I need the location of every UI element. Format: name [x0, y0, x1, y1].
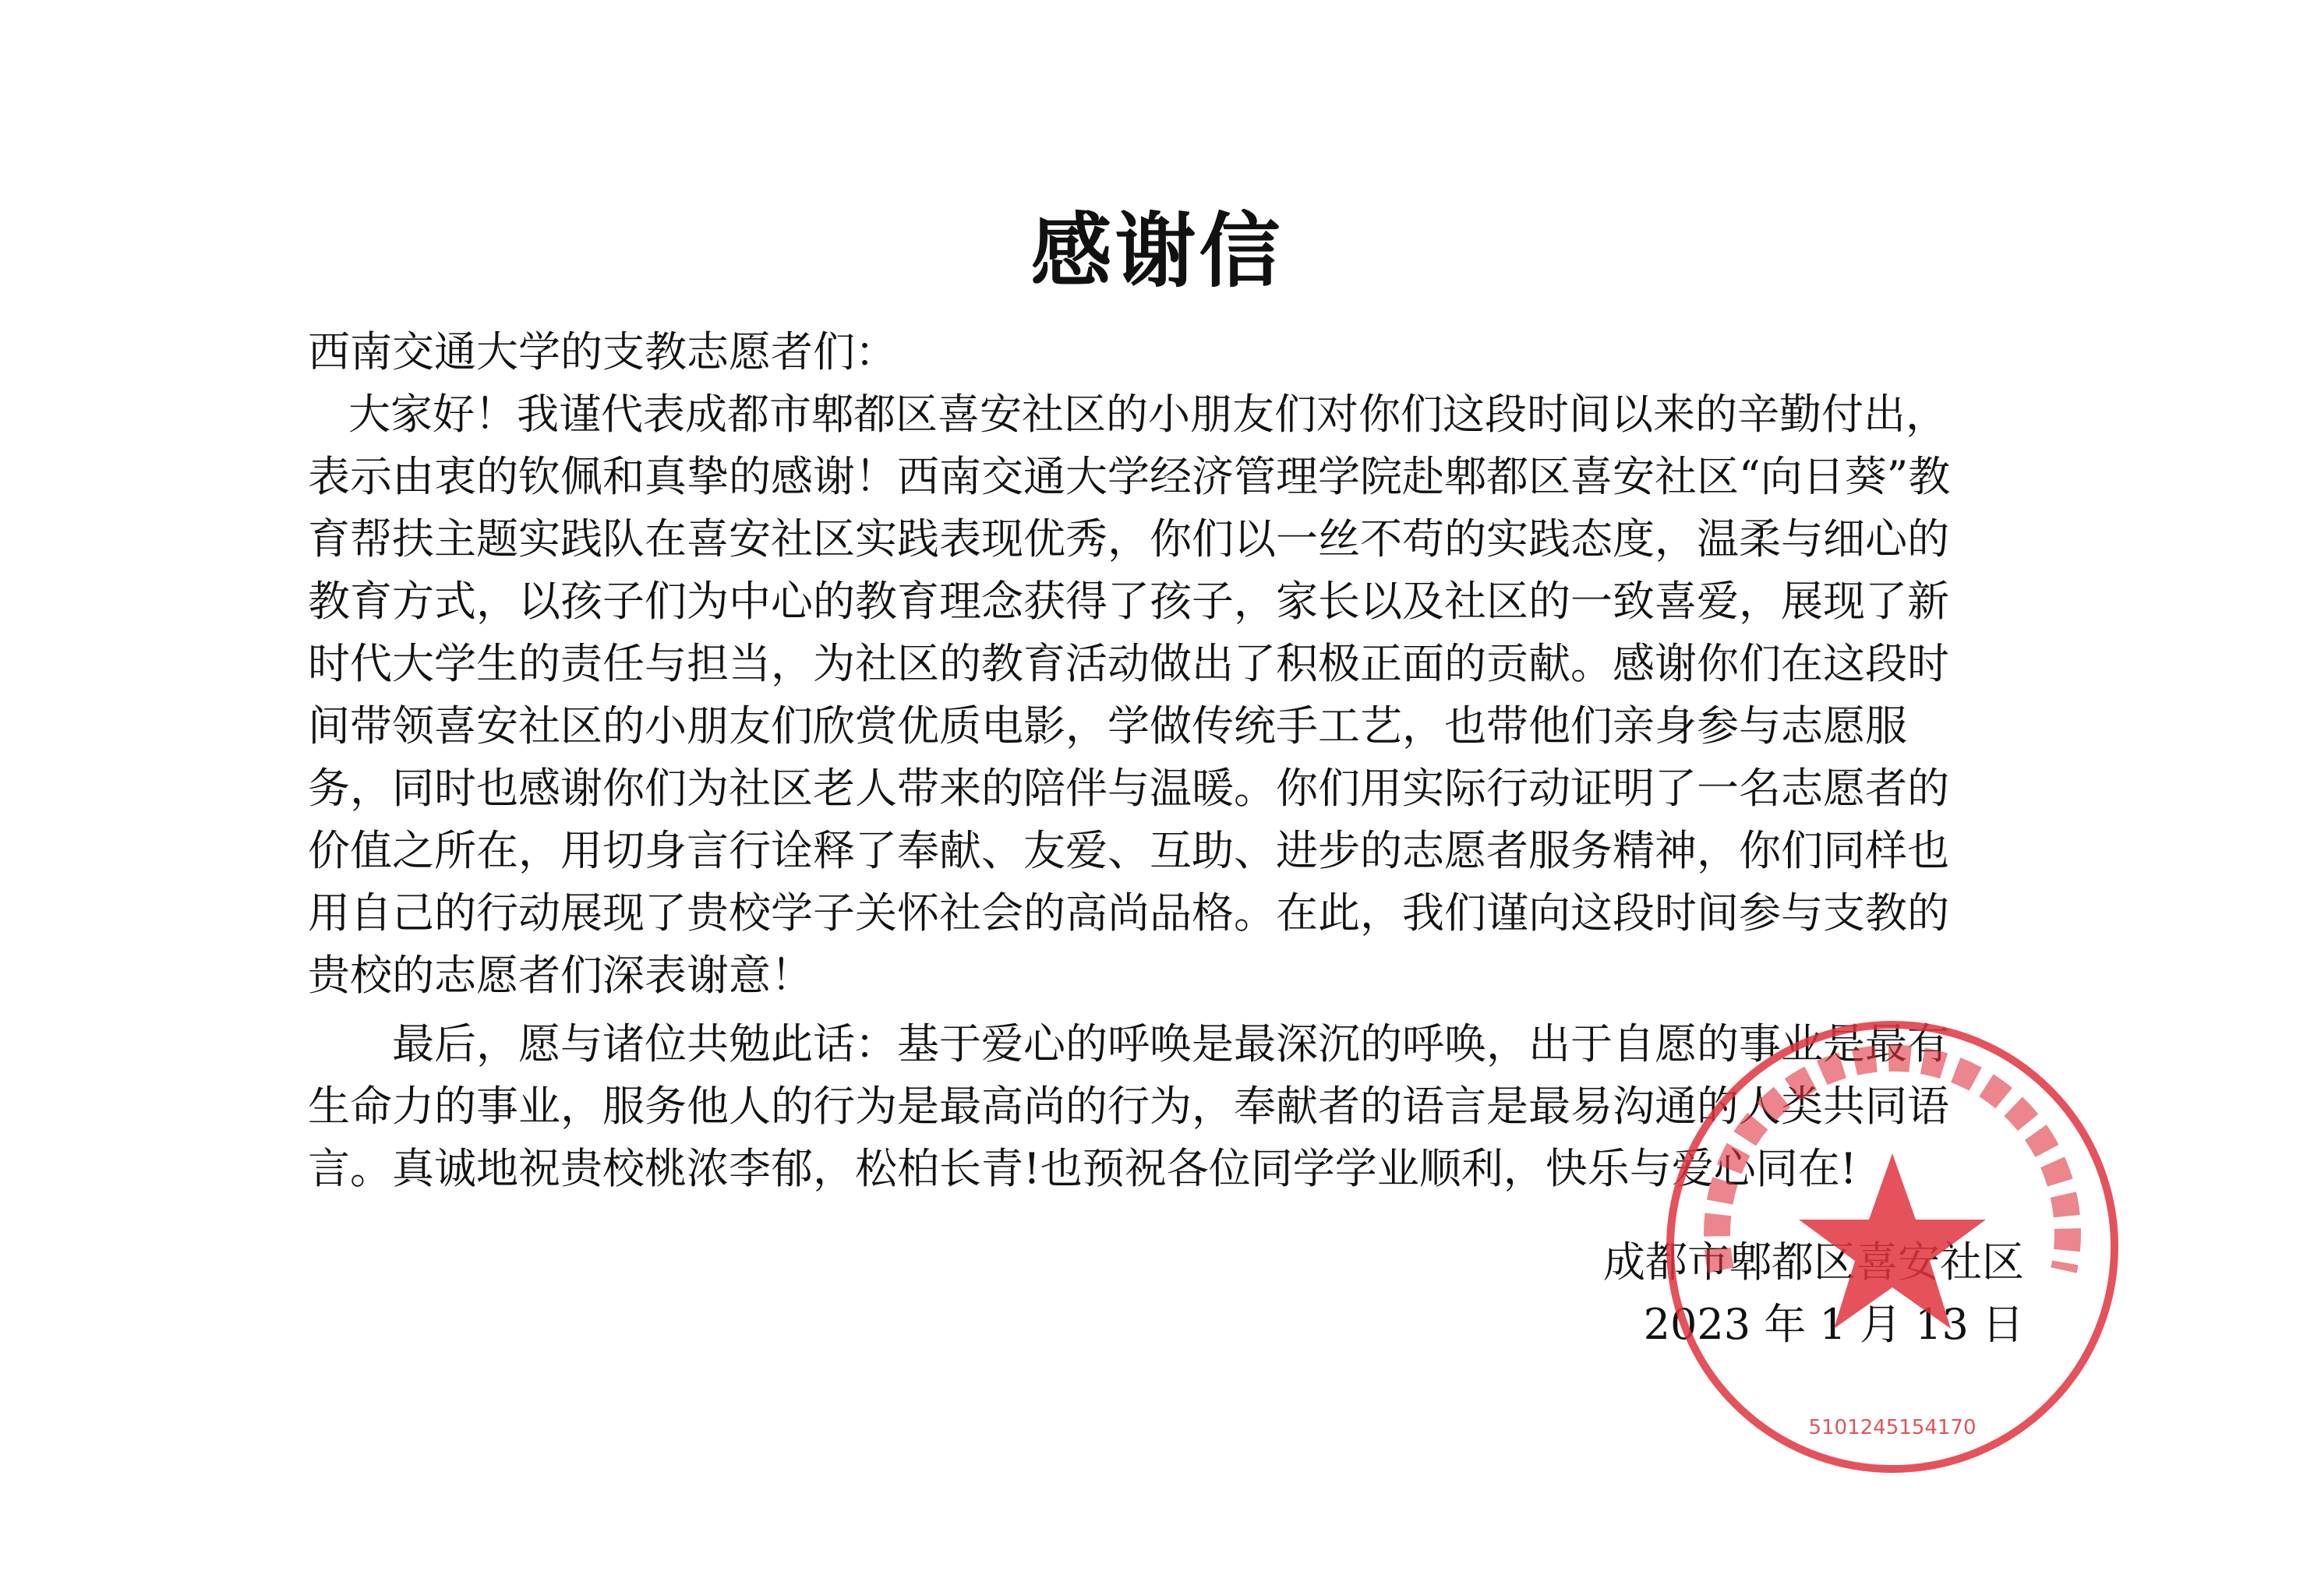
seal-serial: 5101245154170 — [1808, 1416, 1976, 1439]
closing-line: 生命力的事业，服务他人的行为是最高尚的行为，奉献者的语言是最易沟通的人类共同语 — [308, 1075, 2023, 1138]
body-line: 用自己的行动展现了贵校学子关怀社会的高尚品格。在此，我们谨向这段时间参与支教的 — [308, 882, 2023, 945]
body-line: 表示由衷的钦佩和真挚的感谢！西南交通大学经济管理学院赴郫都区喜安社区“向日葵”教 — [308, 446, 2023, 508]
letter-body: 西南交通大学的支教志愿者们： 大家好！我谨代表成都市郫都区喜安社区的小朋友们对你… — [308, 321, 2023, 1200]
body-line: 务，同时也感谢你们为社区老人带来的陪伴与温暖。你们用实际行动证明了一名志愿者的 — [308, 757, 2023, 820]
body-line: 教育方式，以孩子们为中心的教育理念获得了孩子，家长以及社区的一致喜爱，展现了新 — [308, 570, 2023, 633]
body-line: 间带领喜安社区的小朋友们欣赏优质电影，学做传统手工艺，也带他们亲身参与志愿服 — [308, 695, 2023, 757]
body-line: 价值之所在，用切身言行诠释了奉献、友爱、互助、进步的志愿者服务精神，你们同样也 — [308, 820, 2023, 882]
signature-organization: 成都市郫都区喜安社区 — [1603, 1231, 2024, 1294]
letter-title: 感谢信 — [0, 204, 2314, 298]
body-line: 育帮扶主题实践队在喜安社区实践表现优秀，你们以一丝不苟的实践态度，温柔与细心的 — [308, 508, 2023, 570]
signature-date: 2023 年 1 月 13 日 — [1644, 1294, 2024, 1356]
body-line: 时代大学生的责任与担当，为社区的教育活动做出了积极正面的贡献。感谢你们在这段时 — [308, 633, 2023, 695]
closing-line: 言。真诚地祝贵校桃浓李郁，松柏长青!也预祝各位同学学业顺利，快乐与爱心同在! — [308, 1138, 2023, 1200]
salutation: 西南交通大学的支教志愿者们： — [308, 321, 2023, 383]
body-line: 贵校的志愿者们深表谢意！ — [308, 945, 2023, 1007]
body-line: 大家好！我谨代表成都市郫都区喜安社区的小朋友们对你们这段时间以来的辛勤付出， — [308, 383, 2023, 446]
closing-line: 最后，愿与诸位共勉此话：基于爱心的呼唤是最深沉的呼唤，出于自愿的事业是最有 — [308, 1013, 2023, 1075]
